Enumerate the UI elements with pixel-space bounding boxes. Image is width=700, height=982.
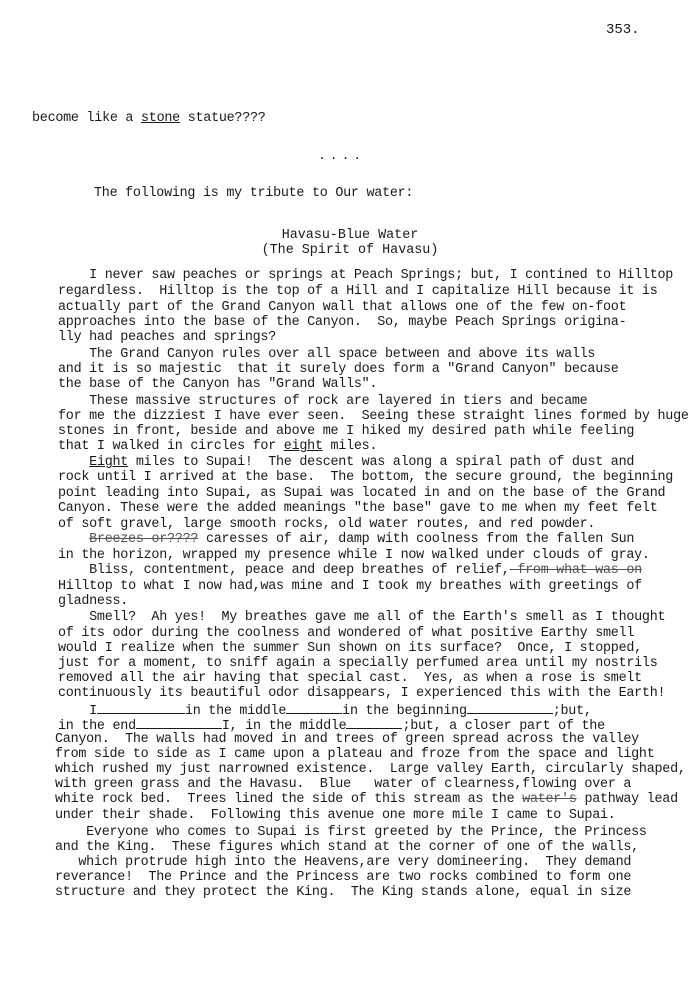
blank-field bbox=[467, 701, 553, 714]
body-line: Eight miles to Supai! The descent was al… bbox=[58, 455, 634, 471]
page-number: 353. bbox=[606, 22, 640, 38]
body-line: the base of the Canyon has "Grand Walls"… bbox=[58, 377, 377, 393]
text-span: that I walked in circles for bbox=[58, 439, 284, 454]
text-span: pathway lead bbox=[577, 792, 678, 807]
body-line: stones in front, beside and above me I h… bbox=[58, 424, 634, 440]
body-line: Breezes or???? caresses of air, damp wit… bbox=[58, 532, 634, 548]
document-page: 353. become like a stone statue???? ....… bbox=[0, 0, 700, 982]
body-line: of soft gravel, large smooth rocks, old … bbox=[58, 517, 595, 533]
text-span: caresses of air, damp with coolness from… bbox=[198, 532, 634, 547]
opening-line: become like a stone statue???? bbox=[32, 111, 266, 127]
body-line: Everyone who comes to Supai is first gre… bbox=[55, 825, 647, 841]
text-span: miles. bbox=[323, 439, 378, 454]
body-line: Bliss, contentment, peace and deep breat… bbox=[58, 563, 642, 579]
body-line: which rushed my just narrowned existence… bbox=[55, 762, 686, 778]
body-line: actually part of the Grand Canyon wall t… bbox=[58, 300, 626, 316]
body-line: from side to side as I came upon a plate… bbox=[55, 747, 655, 763]
opening-text-end: statue???? bbox=[180, 111, 266, 126]
body-line: Canyon. These were the added meanings "t… bbox=[58, 501, 658, 517]
body-line: removed all the air having that special … bbox=[58, 671, 642, 687]
blank-field bbox=[97, 701, 185, 714]
struck-text: Breezes or???? bbox=[89, 532, 198, 547]
body-line: rock until I arrived at the base. The bo… bbox=[58, 470, 673, 486]
body-line: would I realize when the summer Sun show… bbox=[58, 641, 642, 657]
poem-title: Havasu-Blue Water bbox=[0, 228, 700, 243]
body-line: of its odor during the coolness and wond… bbox=[58, 626, 634, 642]
body-line: gladness. bbox=[58, 594, 128, 610]
body-line: just for a moment, to sniff again a spec… bbox=[58, 656, 658, 672]
body-line: continuously its beautiful odor disappea… bbox=[58, 686, 665, 702]
body-line: approaches into the base of the Canyon. … bbox=[58, 315, 626, 331]
body-line: white rock bed. Trees lined the side of … bbox=[55, 792, 678, 808]
text-span: Bliss, contentment, peace and deep breat… bbox=[58, 563, 510, 578]
blank-field bbox=[346, 716, 402, 729]
blank-field bbox=[286, 701, 342, 714]
struck-text: water's bbox=[522, 792, 577, 807]
underlined-word: stone bbox=[141, 111, 180, 126]
body-line: point leading into Supai, as Supai was l… bbox=[58, 486, 665, 502]
section-separator: .... bbox=[318, 148, 365, 163]
underlined-word: Eight bbox=[89, 455, 128, 470]
body-line: Smell? Ah yes! My breathes gave me all o… bbox=[58, 610, 665, 626]
body-line: These massive structures of rock are lay… bbox=[58, 394, 587, 410]
blank-field bbox=[136, 716, 222, 729]
text-span: miles to Supai! The descent was along a … bbox=[128, 455, 634, 470]
body-line: and it is so majestic that it surely doe… bbox=[58, 362, 619, 378]
body-line: I never saw peaches or springs at Peach … bbox=[58, 268, 673, 284]
text-span: white rock bed. Trees lined the side of … bbox=[55, 792, 522, 807]
body-line: in the horizon, wrapped my presence whil… bbox=[58, 548, 650, 564]
body-line: lly had peaches and springs? bbox=[58, 330, 276, 346]
underlined-word: eight bbox=[284, 439, 323, 454]
opening-text: become like a bbox=[32, 111, 141, 126]
body-line: Hilltop to what I now had,was mine and I… bbox=[58, 579, 642, 595]
body-line: The Grand Canyon rules over all space be… bbox=[58, 347, 595, 363]
body-line: with green grass and the Havasu. Blue wa… bbox=[55, 777, 631, 793]
body-line: which protrude high into the Heavens,are… bbox=[55, 855, 631, 871]
body-line: that I walked in circles for eight miles… bbox=[58, 439, 377, 455]
body-line: Canyon. The walls had moved in and trees… bbox=[55, 732, 639, 748]
poem-subtitle: (The Spirit of Havasu) bbox=[0, 243, 700, 258]
body-line: structure and they protect the King. The… bbox=[55, 885, 631, 901]
struck-text: from what was on bbox=[510, 563, 642, 578]
body-line: under their shade. Following this avenue… bbox=[55, 808, 616, 824]
body-line: reverance! The Prince and the Princess a… bbox=[55, 870, 631, 886]
body-line: and the King. These figures which stand … bbox=[55, 840, 639, 856]
body-line: regardless. Hilltop is the top of a Hill… bbox=[58, 284, 658, 300]
body-line: for me the dizziest I have ever seen. Se… bbox=[58, 409, 689, 425]
intro-line: The following is my tribute to Our water… bbox=[94, 186, 413, 202]
